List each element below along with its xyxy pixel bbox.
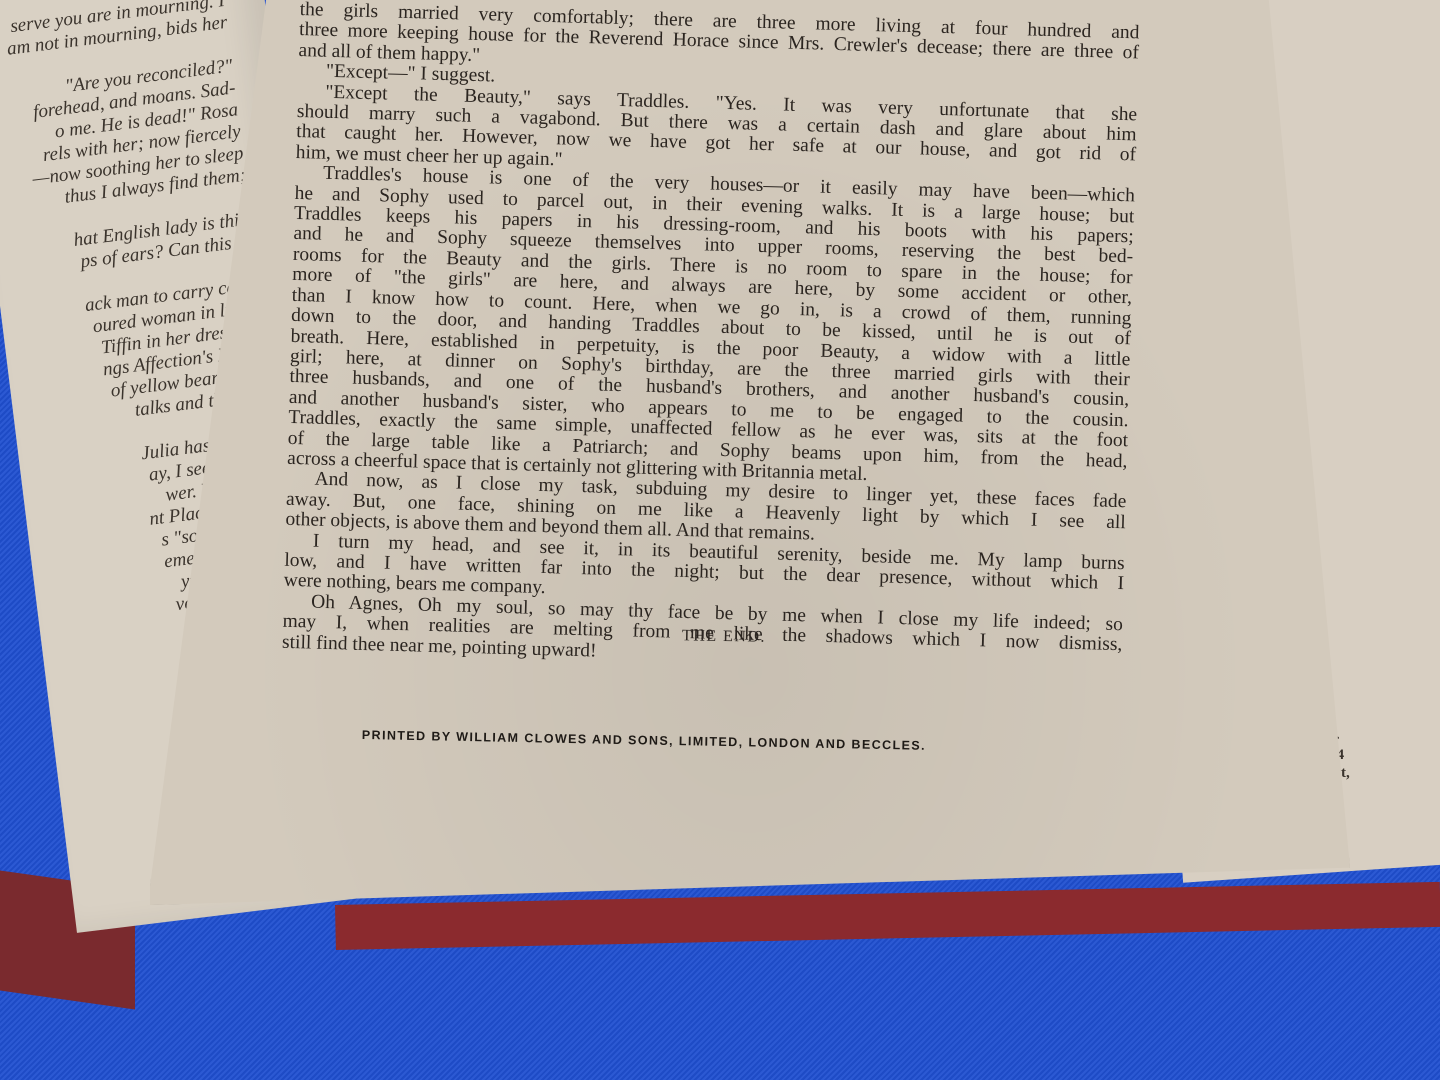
final-page-body-text: the girls married very comfortably; ther… xyxy=(282,0,1140,676)
photo-scene: pperfield."serve you are in mourning. Ia… xyxy=(0,0,1440,1080)
the-end-heading: THE END. xyxy=(682,627,766,646)
